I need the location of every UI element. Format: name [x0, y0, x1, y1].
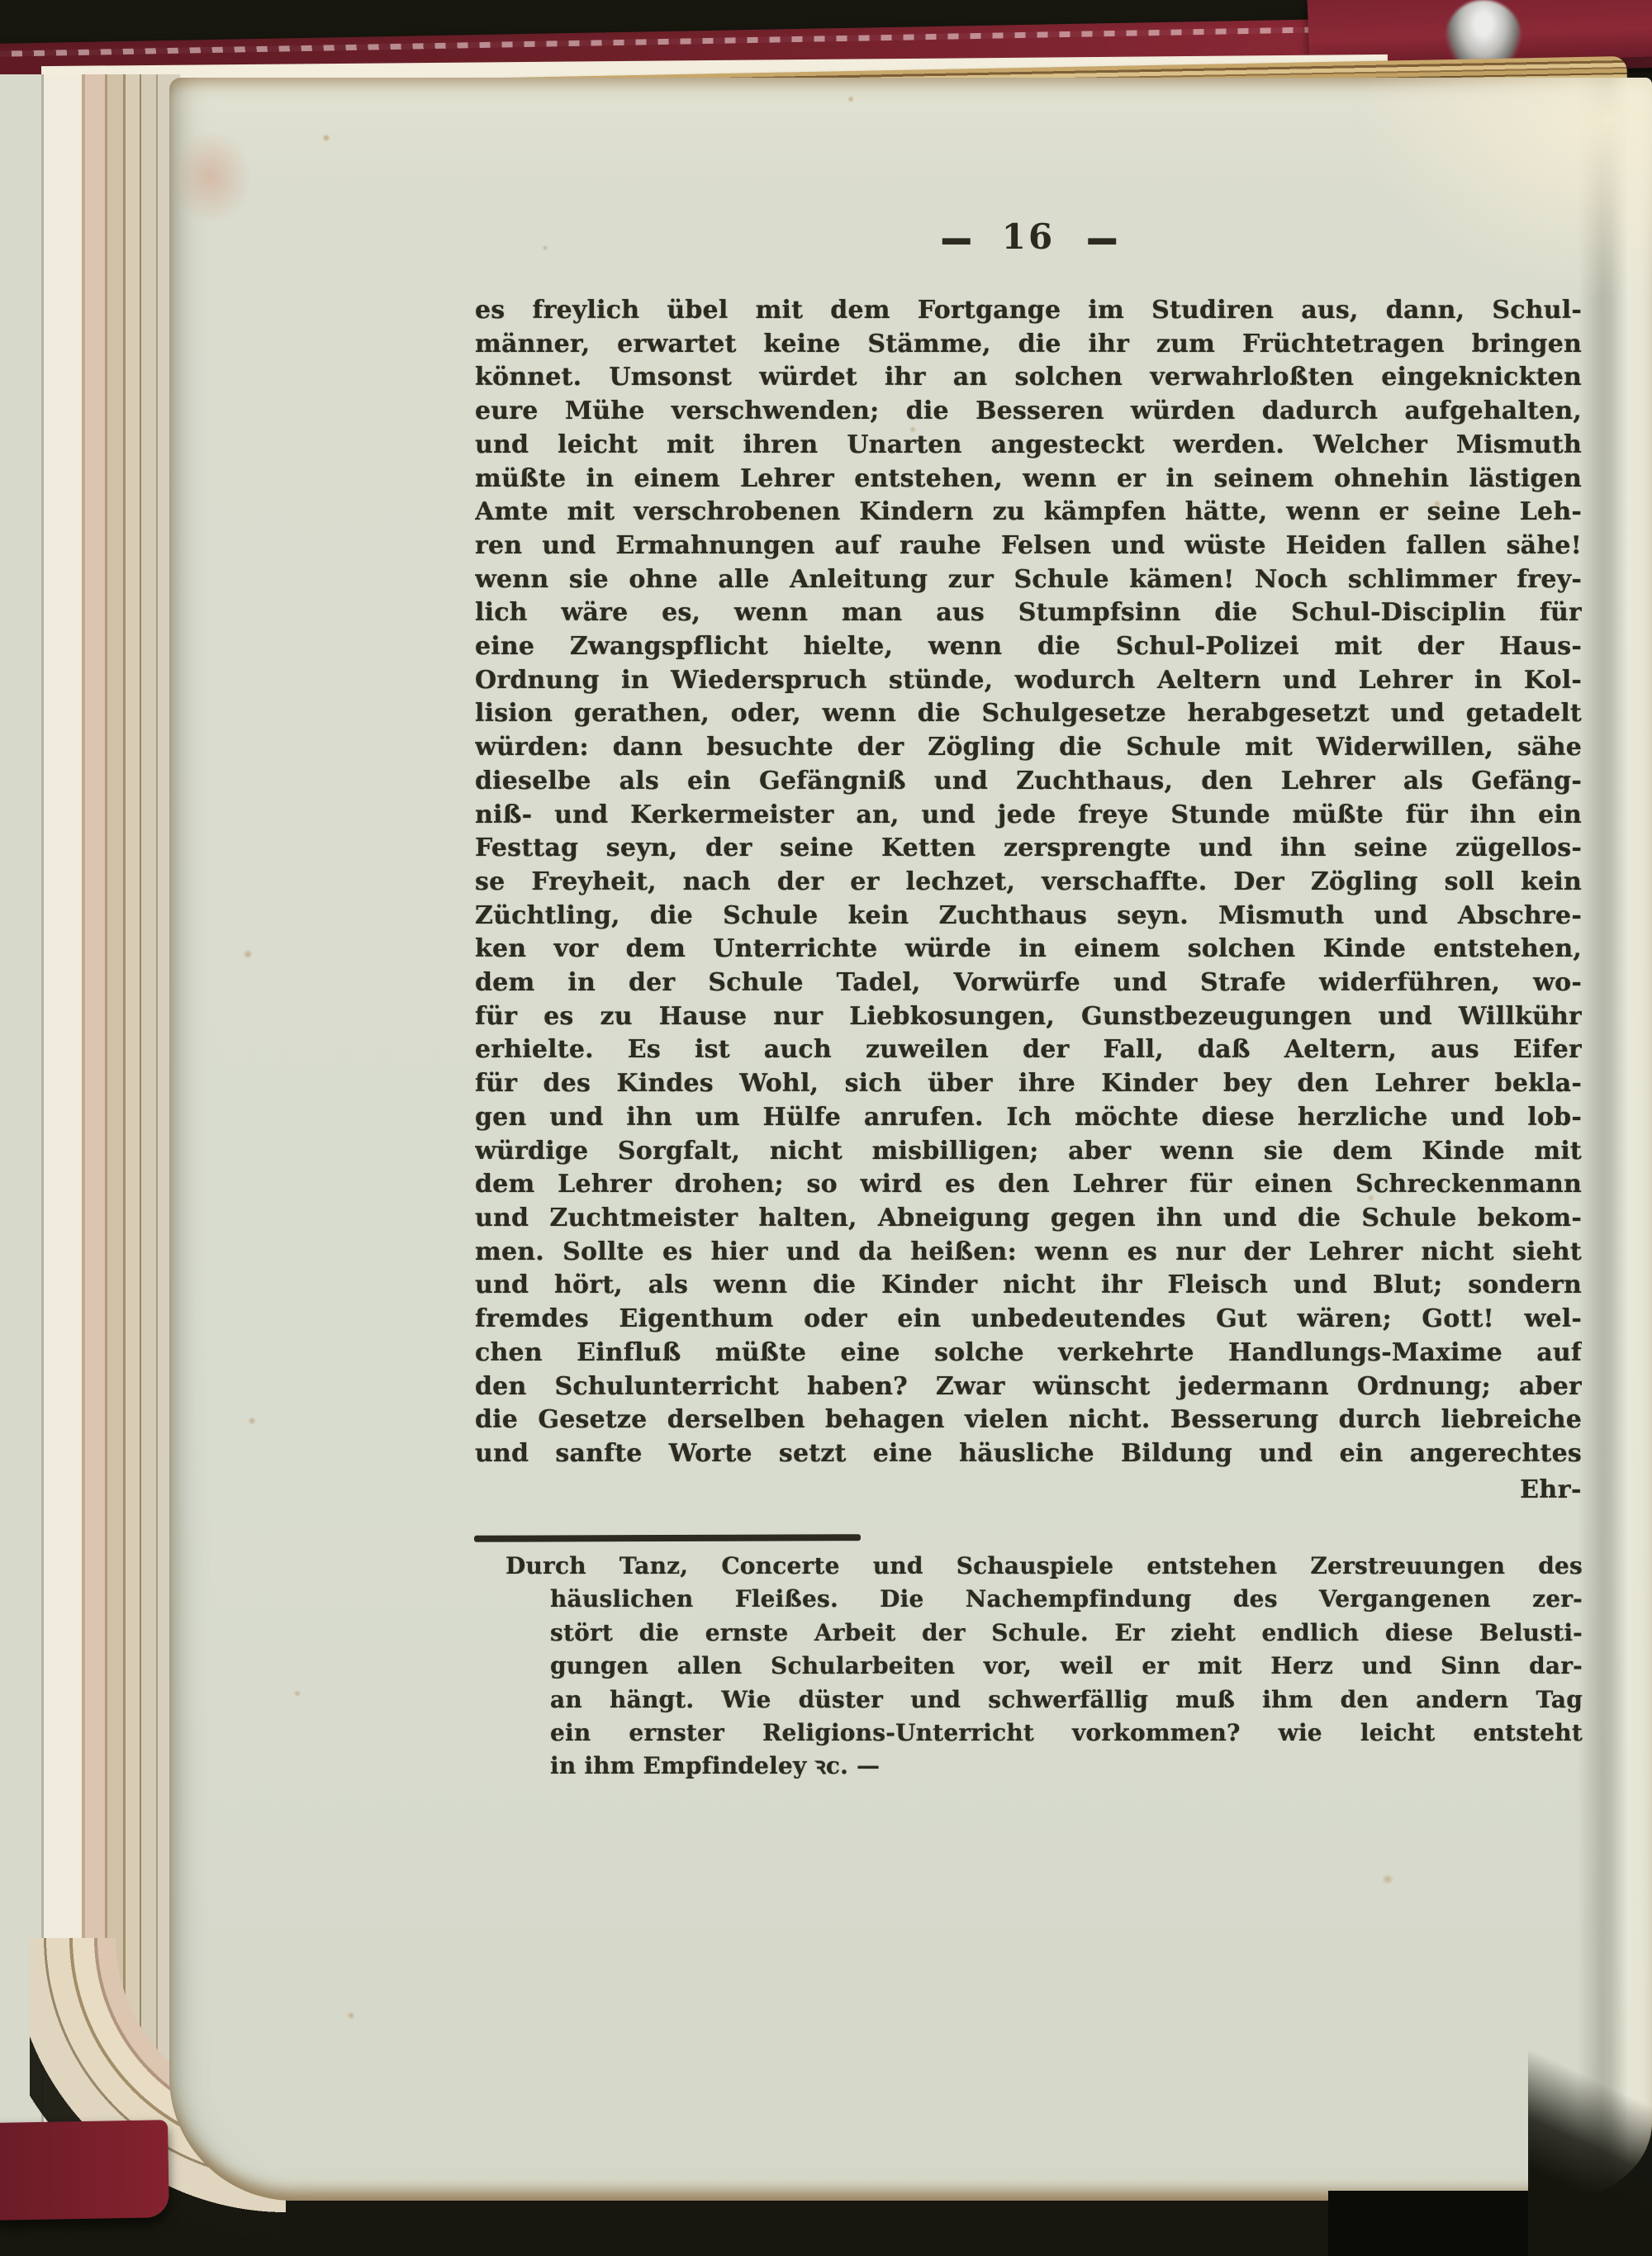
text-line: würden: dann besuchte der Zögling die Sc… — [475, 731, 1582, 765]
book-photo: — 16 — es freylich übel mit dem Fortgang… — [0, 0, 1652, 2256]
printed-content: — 16 — es freylich übel mit dem Fortgang… — [0, 0, 1652, 2256]
text-line: lich wäre es, wenn man aus Stumpfsinn di… — [475, 596, 1582, 630]
footnote-line: in ihm Empfindeley ꝛc. — — [550, 1750, 1583, 1783]
footnote-line: Durch Tanz, Concerte und Schauspiele ent… — [506, 1550, 1583, 1583]
footnote-line: gungen allen Schularbeiten vor, weil er … — [550, 1650, 1583, 1683]
text-line: und leicht mit ihren Unarten angesteckt … — [475, 429, 1582, 463]
text-line: erhielte. Es ist auch zuweilen der Fall,… — [475, 1033, 1582, 1067]
text-line: gen und ihn um Hülfe anrufen. Ich möchte… — [475, 1101, 1582, 1135]
catchword: Ehr- — [475, 1475, 1582, 1504]
main-text-block: es freylich übel mit dem Fortgange im St… — [475, 294, 1582, 1471]
text-line: dieselbe als ein Gefängniß und Zuchthaus… — [475, 765, 1582, 799]
text-line: dem in der Schule Tadel, Vorwürfe und St… — [475, 967, 1582, 1000]
footnote-line: an hängt. Wie düster und schwerfällig mu… — [550, 1684, 1583, 1717]
text-line: eine Zwangspflicht hielte, wenn die Schu… — [475, 630, 1582, 664]
text-line: und hört, als wenn die Kinder nicht ihr … — [475, 1269, 1582, 1303]
page-number-dash-left: — — [941, 205, 971, 268]
text-line: Amte mit verschrobenen Kindern zu kämpfe… — [475, 496, 1582, 530]
text-line: und sanfte Worte setzt eine häusliche Bi… — [475, 1437, 1582, 1471]
text-line: die Gesetze derselben behagen vielen nic… — [475, 1403, 1582, 1437]
text-line: ren und Ermahnungen auf rauhe Felsen und… — [475, 530, 1582, 563]
page-number-dash-right: — — [1086, 205, 1116, 268]
text-line: chen Einfluß müßte eine solche verkehrte… — [475, 1337, 1582, 1370]
text-line: und Zuchtmeister halten, Abneigung gegen… — [475, 1202, 1582, 1236]
text-line: ken vor dem Unterrichte würde in einem s… — [475, 933, 1582, 967]
text-line: es freylich übel mit dem Fortgange im St… — [475, 294, 1582, 328]
footnote-block: Durch Tanz, Concerte und Schauspiele ent… — [506, 1550, 1583, 1783]
text-line: wenn sie ohne alle Anleitung zur Schule … — [475, 563, 1582, 597]
text-line: würdige Sorgfalt, nicht misbilligen; abe… — [475, 1135, 1582, 1169]
text-line: lision gerathen, oder, wenn die Schulges… — [475, 697, 1582, 731]
footnote-line: stört die ernste Arbeit der Schule. Er z… — [550, 1617, 1583, 1650]
text-line: Züchtling, die Schule kein Zuchthaus sey… — [475, 900, 1582, 933]
footnote-line: ein ernster Religions-Unterricht vorkomm… — [550, 1717, 1583, 1750]
text-line: fremdes Eigenthum oder ein unbedeutendes… — [475, 1303, 1582, 1337]
text-line: men. Sollte es hier und da heißen: wenn … — [475, 1236, 1582, 1270]
text-line: dem Lehrer drohen; so wird es den Lehrer… — [475, 1168, 1582, 1202]
text-line: Ordnung in Wiederspruch stünde, wodurch … — [475, 664, 1582, 698]
text-line: müßte in einem Lehrer entstehen, wenn er… — [475, 463, 1582, 496]
text-line: könnet. Umsonst würdet ihr an solchen ve… — [475, 361, 1582, 395]
text-line: den Schulunterricht haben? Zwar wünscht … — [475, 1370, 1582, 1404]
text-line: se Freyheit, nach der er lechzet, versch… — [475, 866, 1582, 900]
footnote-line: häuslichen Fleißes. Die Nachempfindung d… — [550, 1583, 1583, 1616]
text-line: männer, erwartet keine Stämme, die ihr z… — [475, 328, 1582, 362]
text-line: eure Mühe verschwenden; die Besseren wür… — [475, 395, 1582, 429]
page-number-value: 16 — [1002, 216, 1055, 257]
text-line: Festtag seyn, der seine Ketten zerspreng… — [475, 832, 1582, 866]
text-line: niß- und Kerkermeister an, und jede frey… — [475, 799, 1582, 833]
text-line: für des Kindes Wohl, sich über ihre Kind… — [475, 1067, 1582, 1101]
text-line: für es zu Hause nur Liebkosungen, Gunstb… — [475, 1000, 1582, 1034]
page-number: — 16 — — [475, 216, 1582, 257]
footnote-rule — [474, 1534, 861, 1542]
